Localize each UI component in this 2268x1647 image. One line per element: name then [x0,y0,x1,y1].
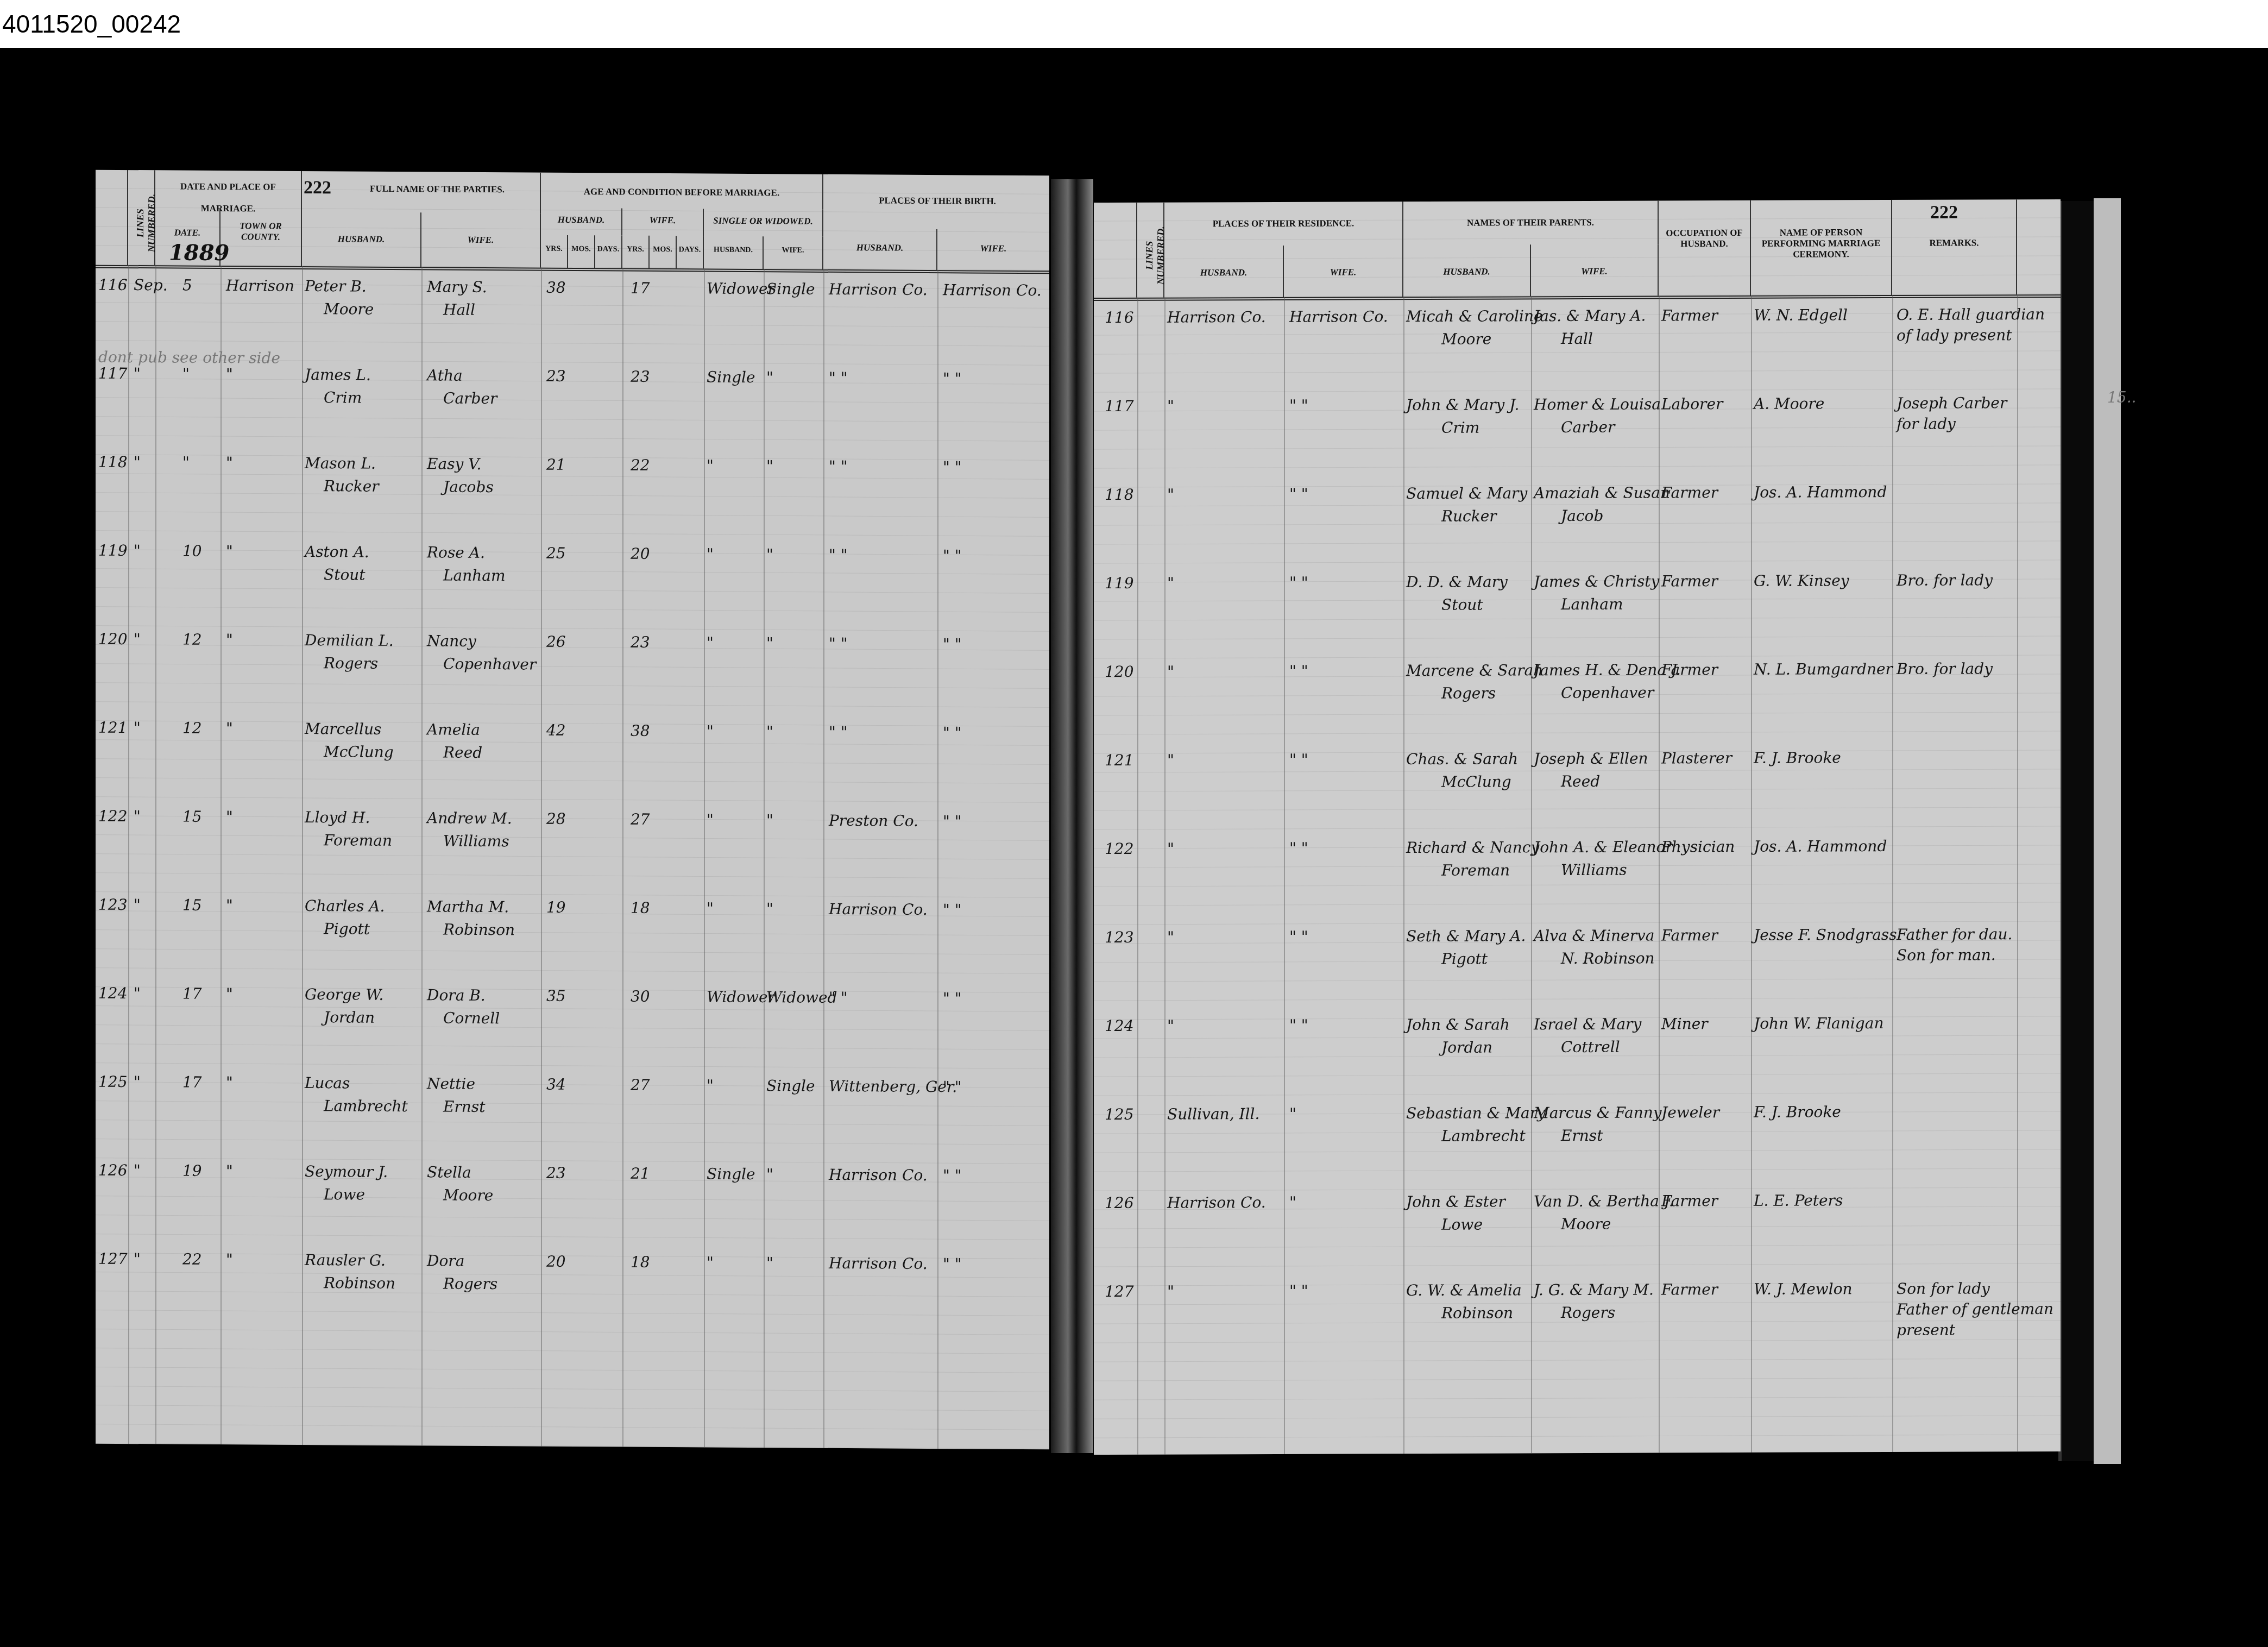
wife-parents: Israel & Mary [1534,1015,1641,1034]
wife-given-name: Andrew M. [427,809,512,827]
month: " [134,453,141,471]
husband-given-name: Peter B. [305,277,367,296]
husband-age: 25 [546,544,566,562]
day: 19 [182,1162,202,1180]
parents-husband-header: Husband. [1403,244,1531,297]
month: " [134,896,141,914]
h-yrs-header: Yrs. [541,235,568,268]
wife-parents: Joseph & Ellen [1534,750,1648,768]
res-husband-header: Husband. [1164,246,1284,298]
officiant-name: W. J. Mewlon [1754,1280,1853,1298]
husband-parents-surname: Stout [1441,596,1483,614]
w-yrs-header: Yrs. [622,236,650,268]
husband-parents-surname: Lowe [1441,1216,1483,1234]
remark-line: Bro. for lady [1897,571,1993,589]
wife-residence: " " [1289,397,1308,414]
wife-parents-surname: Williams [1561,861,1627,879]
husband-given-name: Mason L. [305,454,376,473]
wife-age: 21 [631,1165,650,1183]
husband-parents: D. D. & Mary [1406,573,1508,591]
age-condition-header: Age and Condition Before Marriage. [541,173,823,210]
line-number: 117 [1105,397,1133,415]
husband-birthplace: " " [829,989,848,1007]
husband-parents-surname: Pigott [1441,950,1488,968]
wife-residence: " [1289,1105,1296,1123]
wife-surname: Williams [443,832,509,851]
husband-residence: " [1167,574,1174,592]
wife-name-header: Wife. [421,212,541,267]
wife-given-name: Atha [427,366,463,384]
remark-line: O. E. Hall guardian [1897,305,2045,324]
wife-given-name: Dora B. [427,986,486,1004]
wife-residence: Harrison Co. [1289,307,1388,326]
remark-line: Bro. for lady [1897,659,1993,678]
husband-given-name: Aston A. [305,543,369,561]
wife-surname: Copenhaver [443,655,536,674]
husband-name-header: Husband. [302,212,421,267]
wife-parents: James & Christy [1534,572,1659,590]
husband-age: 35 [546,987,566,1005]
lines-numbered-col: Lines Numbered. [128,170,155,265]
wife-age: 22 [631,456,650,474]
wife-residence: " " [1289,1016,1308,1034]
line-number: 119 [1105,574,1133,592]
occupation: Physician [1661,838,1735,856]
wife-age: 23 [631,633,650,651]
wife-parents: Homer & Louisa [1534,395,1661,413]
wife-given-name: Martha M. [427,897,509,916]
wife-parents: Marcus & Fanny [1534,1103,1662,1122]
wife-parents-surname: Rogers [1561,1304,1615,1322]
husband-condition: " [707,457,714,475]
wife-parents-surname: Reed [1561,772,1600,790]
husband-parents: Micah & Caroline [1406,307,1543,325]
wife-surname: Hall [443,301,475,319]
town-county: " [226,985,233,1003]
lines-numbered-label: Lines Numbered. [135,181,157,265]
town-county: " [226,365,233,383]
husband-given-name: George W. [305,985,383,1004]
remark-line: of lady present [1897,326,2012,344]
month: " [134,984,141,1002]
husband-age: 38 [546,279,566,297]
names-parents-header: Names of Their Parents. [1403,200,1659,245]
husband-surname: Moore [324,300,374,318]
wife-age: 18 [631,1253,650,1271]
cond-wife-header: Wife. [764,236,823,269]
officiant-name: G. W. Kinsey [1754,571,1849,590]
husband-surname: Jordan [324,1008,375,1027]
husband-age: 20 [546,1253,566,1271]
wife-residence: " " [1289,574,1308,592]
husband-parents-surname: Robinson [1441,1304,1513,1322]
husband-given-name: Demilian L. [305,631,394,650]
husband-residence: " [1167,928,1174,946]
husband-age: 21 [546,456,566,474]
wife-condition: " [766,1254,773,1272]
wife-parents-surname: Hall [1561,330,1593,348]
month: " [134,630,141,648]
officiant-name: Jos. A. Hammond [1754,483,1887,501]
husband-parents: John & Ester [1406,1192,1505,1211]
remark-line: Father for dau. [1897,925,2012,944]
wife-parents: Jas. & Mary A. [1534,307,1646,325]
husband-parents-surname: Rogers [1441,684,1496,702]
husband-condition: " [707,722,714,740]
wife-given-name: Dora [427,1252,464,1269]
line-number: 127 [1105,1283,1133,1300]
occupation: Farmer [1661,661,1718,678]
husband-parents: G. W. & Amelia [1406,1281,1522,1299]
occupation: Farmer [1661,926,1718,944]
month: Sep. [134,276,168,294]
husband-parents-surname: Moore [1441,330,1491,348]
parents-wife-header: Wife. [1531,244,1659,296]
officiant-name: Jos. A. Hammond [1754,837,1887,856]
occupation-header: Occupation of Husband. [1659,200,1751,296]
husband-birthplace: Harrison Co. [829,900,928,919]
birth-wife-header: Wife. [937,229,1049,271]
husband-parents: Richard & Nancy [1406,838,1539,857]
wife-residence: " " [1289,928,1308,946]
wife-condition: Single [766,280,815,298]
husband-birthplace: Preston Co. [829,812,918,830]
town-county: " [226,1073,233,1091]
age-wife-header: Wife. [622,209,704,236]
officiant-name: A. Moore [1754,394,1824,412]
line-number: 117 [98,364,127,382]
husband-birthplace: " " [829,457,848,475]
wife-given-name: Stella [427,1163,471,1181]
husband-condition: Single [707,1165,755,1184]
line-number: 125 [98,1073,127,1091]
line-number: 121 [98,719,127,737]
wife-age: 38 [631,722,650,740]
husband-parents-surname: Crim [1441,419,1479,437]
wife-surname: Moore [443,1186,493,1205]
wife-parents-surname: Ernst [1561,1127,1603,1145]
husband-birthplace: " " [829,369,848,387]
wife-birthplace: " " [943,1078,962,1096]
husband-condition: " [707,811,714,829]
wife-condition: Widowed [766,988,837,1007]
husband-residence: " [1167,397,1174,415]
wife-birthplace: " " [943,635,962,653]
occupation: Farmer [1661,572,1718,590]
remark-line: Father of gentleman [1897,1300,2053,1318]
month: " [134,364,141,382]
line-number: 120 [98,630,127,648]
cond-husband-header: Husband. [704,236,764,269]
husband-age: 23 [546,1164,566,1182]
month: " [134,1250,141,1268]
wife-parents-surname: Moore [1561,1215,1611,1233]
husband-age: 34 [546,1076,566,1093]
wife-birthplace: Harrison Co. [943,281,1042,299]
wife-condition: " [766,368,773,386]
occupation: Laborer [1661,395,1723,413]
res-wife-header: Wife. [1284,245,1403,297]
wife-birthplace: " " [943,901,962,919]
wife-age: 20 [631,545,650,563]
husband-parents: Chas. & Sarah [1406,750,1518,768]
left-margin-col [96,170,128,265]
line-number: 122 [98,807,127,825]
birth-husband-header: Husband. [823,229,937,270]
town-county: " [226,808,233,826]
wife-parents: Alva & Minerva [1534,927,1655,945]
husband-birthplace: " " [829,546,848,564]
day: 12 [182,631,202,649]
image-id-label: 4011520_00242 [0,0,2268,48]
wife-condition: " [766,811,773,829]
husband-residence: " [1167,1283,1174,1300]
husband-condition: " [707,545,714,563]
husband-age: 23 [546,367,566,385]
husband-parents-surname: Foreman [1441,861,1510,879]
day: 5 [182,276,192,294]
w-days-header: Days. [677,236,704,268]
day: 10 [182,542,202,560]
husband-birthplace: " " [829,723,848,741]
right-margin-col [1094,203,1137,298]
town-county: " [226,454,233,472]
wife-condition: " [766,722,773,740]
day: " [182,365,190,383]
full-name-header: Full Name of the Parties. [335,171,541,213]
day: 22 [182,1250,202,1268]
husband-age: 28 [546,810,566,828]
wife-residence: " " [1289,662,1308,680]
occupation: Farmer [1661,483,1718,501]
occupation: Farmer [1661,306,1718,324]
wife-parents: Van D. & Bertha J. [1534,1192,1674,1210]
occupation: Miner [1661,1015,1708,1033]
husband-surname: Foreman [324,831,392,850]
places-residence-header: Places of Their Residence. [1164,202,1403,246]
husband-condition: Widower [707,988,775,1007]
left-page-header: Lines Numbered. Date and Place of Marria… [96,170,1049,274]
wife-surname: Carber [443,389,497,408]
wife-age: 27 [631,1076,650,1094]
line-number: 123 [98,896,127,914]
remark-line: Joseph Carber [1897,394,2007,412]
wife-parents: James H. & Dena J. [1534,661,1681,679]
month: " [134,1073,141,1091]
husband-parents: Seth & Mary A. [1406,927,1526,945]
officiant-name: F. J. Brooke [1754,1103,1841,1121]
wife-birthplace: " " [943,812,962,830]
officiant-name: L. E. Peters [1754,1191,1843,1210]
town-county: " [226,719,233,737]
line-number: 124 [98,984,127,1002]
wife-surname: Jacobs [443,478,494,496]
husband-parents: John & Mary J. [1406,395,1519,414]
line-number: 127 [98,1250,127,1268]
wife-parents-surname: Cottrell [1561,1038,1620,1056]
wife-residence: " " [1289,1282,1308,1300]
husband-residence: Sullivan, Ill. [1167,1105,1259,1123]
wife-residence: " " [1289,839,1308,857]
husband-condition: " [707,634,714,652]
line-number: 119 [98,542,127,560]
day: 15 [182,808,202,826]
husband-surname: Robinson [324,1274,395,1292]
wife-birthplace: " " [943,1166,962,1184]
month: " [134,719,141,737]
officiant-name: Jesse F. Snodgrass [1754,926,1897,944]
husband-surname: Pigott [324,920,370,938]
line-number: 122 [1105,840,1133,858]
officiant-name: N. L. Bumgardner [1754,660,1893,678]
husband-surname: Lambrecht [324,1097,408,1115]
husband-residence: " [1167,751,1174,769]
wife-birthplace: " " [943,1255,962,1273]
line-number: 121 [1105,751,1133,769]
line-number: 118 [98,453,127,471]
wife-condition: " [766,634,773,652]
occupation: Farmer [1661,1280,1718,1298]
wife-parents-surname: Lanham [1561,595,1623,613]
wife-condition: Single [766,1077,815,1095]
husband-residence: " [1167,840,1174,858]
wife-surname: Robinson [443,921,515,939]
husband-parents: Sebastian & Mary [1406,1104,1546,1122]
places-birth-header: Places of Their Birth. [823,174,1051,230]
town-county: " [226,1162,233,1180]
husband-condition: " [707,1254,714,1272]
day: 15 [182,896,202,914]
husband-surname: Rogers [324,654,378,672]
town-county: " [226,542,233,560]
husband-age: 26 [546,633,566,651]
wife-age: 30 [631,988,650,1005]
husband-birthplace: Harrison Co. [829,280,928,299]
wife-birthplace: " " [943,546,962,564]
month: " [134,542,141,560]
lines-numbered-col: Lines Numbered. [1137,203,1164,298]
line-number: 120 [1105,663,1133,681]
lines-numbered-label: Lines Numbered. [1144,213,1167,298]
husband-parents-surname: Jordan [1441,1039,1492,1057]
officiant-header: Name of Person Performing Marriage Cerem… [1751,200,1892,296]
husband-parents: Samuel & Mary [1406,484,1527,502]
husband-condition: Widower [707,280,775,298]
wife-residence: " [1289,1193,1296,1211]
town-county: Harrison [226,276,294,295]
w-mos-header: Mos. [650,236,677,268]
wife-given-name: Nettie [427,1074,475,1093]
husband-parents: Marcene & Sarah [1406,661,1543,680]
wife-age: 17 [631,279,650,297]
month: " [134,1161,141,1179]
husband-parents: John & Sarah [1406,1015,1510,1034]
remark-line: Son for lady [1897,1279,1990,1298]
wife-given-name: Easy V. [427,455,481,473]
month: " [134,807,141,825]
left-page: Lines Numbered. Date and Place of Marria… [96,170,1049,1450]
date-place-header: Date and Place of Marriage. [155,170,302,209]
single-widowed-header: Single or Widowed. [704,209,823,236]
wife-parents: John A. & Eleanor [1534,838,1673,856]
line-number: 118 [1105,486,1133,504]
day: " [182,454,190,472]
husband-given-name: Charles A. [305,897,385,915]
occupation: Farmer [1661,1192,1718,1210]
town-county: " [226,631,233,649]
husband-age: 19 [546,898,566,916]
wife-surname: Cornell [443,1009,500,1028]
wife-age: 18 [631,899,650,917]
husband-given-name: Rausler G. [305,1251,386,1269]
wife-parents: J. G. & Mary M. [1534,1281,1654,1299]
wife-residence: " " [1289,485,1308,503]
husband-condition: " [707,900,714,917]
line-number: 123 [1105,928,1133,946]
wife-parents-surname: N. Robinson [1561,950,1655,968]
wife-condition: " [766,545,773,563]
remark-line: Son for man. [1897,946,1996,964]
husband-residence: Harrison Co. [1167,308,1266,326]
husband-condition: Single [707,368,755,387]
wife-surname: Rogers [443,1275,497,1293]
right-page-header: Lines Numbered. Places of Their Residenc… [1094,199,2061,301]
remark-line: present [1897,1321,1955,1339]
husband-age: 42 [546,721,566,739]
husband-condition: " [707,1077,714,1095]
occupation: Plasterer [1661,749,1732,767]
wife-parents-surname: Jacob [1561,507,1603,525]
wife-birthplace: " " [943,724,962,741]
husband-given-name: Marcellus [305,720,381,738]
h-mos-header: Mos. [568,235,595,268]
husband-birthplace: " " [829,634,848,652]
town-county: " [226,896,233,914]
h-days-header: Days. [595,235,622,268]
right-page: Lines Numbered. Places of Their Residenc… [1094,199,2061,1455]
occupation: Jeweler [1661,1103,1719,1121]
husband-birthplace: Harrison Co. [829,1254,928,1273]
wife-surname: Reed [443,744,482,762]
wife-parents-surname: Copenhaver [1561,684,1654,702]
day: 12 [182,719,202,737]
book-spine [1051,179,1093,1453]
husband-birthplace: Harrison Co. [829,1166,928,1184]
husband-given-name: Seymour J. [305,1162,388,1181]
wife-surname: Lanham [443,567,506,585]
wife-birthplace: " " [943,458,962,476]
husband-given-name: Lloyd H. [305,808,370,827]
officiant-name: W. N. Edgell [1754,306,1848,324]
officiant-name: F. J. Brooke [1754,749,1841,767]
town-county: " [226,1250,233,1268]
wife-given-name: Mary S. [427,278,487,296]
wife-condition: " [766,457,773,475]
wife-parents: Amaziah & Susan [1534,483,1670,502]
husband-surname: Rucker [324,477,379,495]
wife-condition: " [766,900,773,917]
right-page-number: 222 [1930,203,1958,223]
wife-surname: Ernst [443,1098,485,1116]
husband-given-name: James L. [305,366,371,384]
day: 17 [182,985,202,1003]
wife-given-name: Amelia [427,720,480,739]
husband-parents-surname: Rucker [1441,507,1497,525]
wife-birthplace: " " [943,989,962,1007]
wife-age: 27 [631,810,650,828]
officiant-name: John W. Flanigan [1754,1014,1883,1033]
wife-given-name: Nancy [427,632,476,650]
